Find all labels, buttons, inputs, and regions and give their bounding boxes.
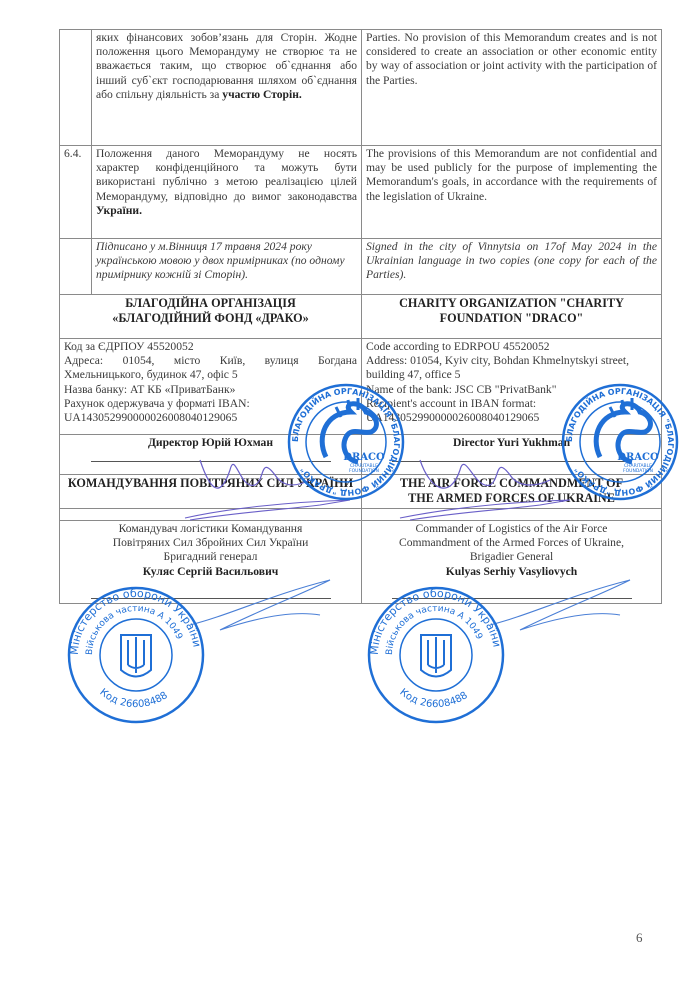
military-stamp-icon: Міністерство оборони України Військова ч… [66, 585, 206, 725]
page-number: 6 [636, 930, 643, 946]
svg-text:Код 26608488: Код 26608488 [397, 687, 469, 710]
account-label: Рахунок одержувача у форматі IBAN: [64, 397, 357, 411]
party1-details-uk: Код за ЄДРПОУ 45520052 Адреса: 01054, мі… [60, 339, 362, 435]
party2-header-row: КОМАНДУВАННЯ ПОВІТРЯНИХ СИЛ УКРАЇНИ THE … [60, 475, 662, 509]
address: Address: 01054, Kyiv city, Bohdan Khmeln… [366, 354, 657, 382]
signature-line [91, 597, 331, 599]
party2-title-uk: КОМАНДУВАННЯ ПОВІТРЯНИХ СИЛ УКРАЇНИ [60, 475, 362, 509]
party1-details-en: Code according to EDRPOU 45520052 Addres… [362, 339, 662, 435]
bank-name: Назва банку: АТ КБ «ПриватБанк» [64, 383, 357, 397]
clause-number [60, 30, 92, 146]
party2-signatory-en: Commander of Logistics of the Air Force … [362, 521, 662, 604]
table-row: 6.4. Положення даного Меморандуму не нос… [60, 146, 662, 239]
party1-signature-row: Директор Юрій Юхман Director Yuri Yukhma… [60, 435, 662, 475]
svg-text:Військова частина А 1049: Військова частина А 1049 [85, 604, 184, 655]
party1-details-row: Код за ЄДРПОУ 45520052 Адреса: 01054, мі… [60, 339, 662, 435]
iban: UA143052990000026008040129065 [64, 411, 357, 425]
signature-line [91, 460, 331, 462]
party1-title-en: CHARITY ORGANIZATION "CHARITY FOUNDATION… [362, 295, 662, 339]
party1-signatory-uk: Директор Юрій Юхман [60, 435, 362, 475]
party2-signature-row: Командувач логістики Командування Повітр… [60, 521, 662, 604]
edrpou-code: Code according to EDRPOU 45520052 [366, 340, 657, 354]
table-row: Підписано у м.Вінниця 17 травня 2024 рок… [60, 239, 662, 295]
account-label: Recipient's account in IBAN format: [366, 397, 657, 411]
party1-title-uk: БЛАГОДІЙНА ОРГАНІЗАЦІЯ «БЛАГОДІЙНИЙ ФОНД… [60, 295, 362, 339]
party2-title-en: THE AIR FORCE COMMANDMENT OF THE ARMED F… [362, 475, 662, 509]
military-stamp-icon: Міністерство оборони України Військова ч… [366, 585, 506, 725]
party1-header-row: БЛАГОДІЙНА ОРГАНІЗАЦІЯ «БЛАГОДІЙНИЙ ФОНД… [60, 295, 662, 339]
empty-row [60, 509, 662, 521]
svg-text:Військова частина А 1049: Військова частина А 1049 [385, 604, 484, 655]
memorandum-table: яких фінансових зобов’язань для Сторін. … [59, 29, 662, 604]
empty-cell [60, 239, 92, 295]
signature-line [392, 460, 632, 462]
address: Адреса: 01054, місто Київ, вулиця Богдан… [64, 354, 357, 382]
bank-name: Name of the bank: JSC CB "PrivatBank" [366, 383, 657, 397]
signed-note-en: Signed in the city of Vinnytsia on 17of … [362, 239, 662, 295]
edrpou-code: Код за ЄДРПОУ 45520052 [64, 340, 357, 354]
document-page: яких фінансових зобов’язань для Сторін. … [0, 0, 700, 990]
clause-text-en: The provisions of this Memorandum are no… [362, 146, 662, 239]
clause-text-uk: яких фінансових зобов’язань для Сторін. … [92, 30, 362, 146]
clause-text-uk: Положення даного Меморандуму не носять х… [92, 146, 362, 239]
signature-line [392, 597, 632, 599]
clause-text-en: Parties. No provision of this Memorandum… [362, 30, 662, 146]
party1-signatory-en: Director Yuri Yukhman [362, 435, 662, 475]
iban: UA143052990000026008040129065 [366, 411, 657, 425]
svg-text:Код 26608488: Код 26608488 [97, 687, 169, 710]
table-row: яких фінансових зобов’язань для Сторін. … [60, 30, 662, 146]
signed-note-uk: Підписано у м.Вінниця 17 травня 2024 рок… [92, 239, 362, 295]
clause-number: 6.4. [60, 146, 92, 239]
party2-signatory-uk: Командувач логістики Командування Повітр… [60, 521, 362, 604]
